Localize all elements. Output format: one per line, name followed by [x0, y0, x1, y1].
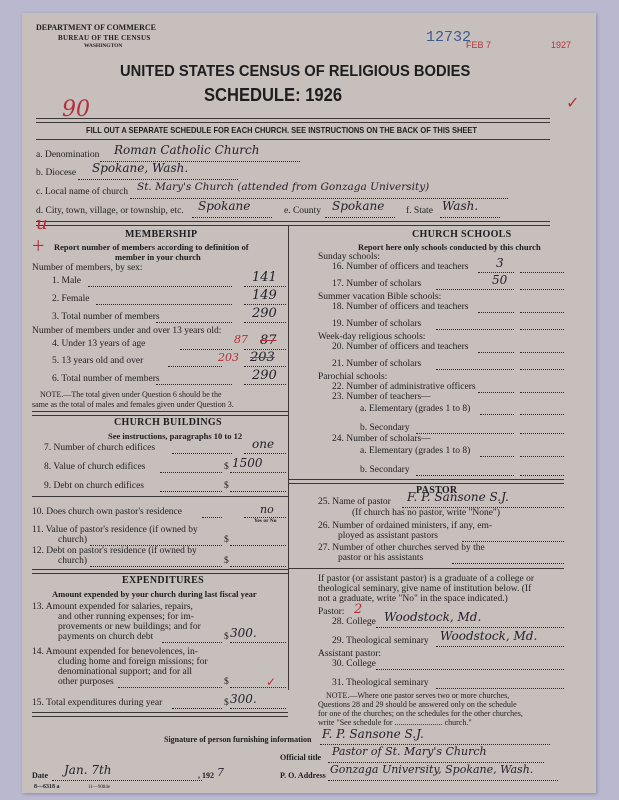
expenditures-divider: [32, 712, 288, 717]
margin-mark-u: u: [36, 213, 48, 234]
graduate-note-1: If pastor (or assistant pastor) is a gra…: [318, 574, 534, 584]
city-value[interactable]: Spokane: [198, 199, 250, 213]
q2-leader: [96, 304, 232, 305]
q26-line[interactable]: [462, 541, 564, 542]
q24-label: 24. Number of scholars—: [332, 434, 431, 444]
column-divider: [288, 225, 289, 690]
q2-label: 2. Female: [52, 294, 89, 304]
q5-correction: 203: [218, 351, 239, 364]
q24b-label: b. Secondary: [360, 465, 410, 475]
q10-leader: [202, 517, 222, 518]
signature-value[interactable]: F. P. Sansone S.J.: [322, 727, 424, 741]
q15-label: 15. Total expenditures during year: [32, 698, 162, 708]
stamp-date: FEB 7: [466, 40, 491, 50]
bureau-label: BUREAU OF THE CENSUS: [58, 34, 151, 42]
date-label: Date: [32, 771, 48, 780]
q3-line: [244, 322, 286, 323]
q1-value[interactable]: 141: [252, 270, 277, 285]
official-title-label: Official title: [280, 753, 321, 762]
q26-label-1: 26. Number of ordained ministers, if any…: [318, 521, 492, 531]
header-divider: [36, 118, 550, 123]
q17-line-2[interactable]: [520, 289, 564, 290]
membership-heading: MEMBERSHIP: [125, 229, 197, 240]
q27-label-1: 27. Number of other churches served by t…: [318, 543, 485, 553]
q9-label: 9. Debt on church edifices: [44, 481, 144, 491]
q24a-line-2[interactable]: [520, 456, 564, 457]
q25-value[interactable]: F. P. Sansone S.J.: [407, 490, 509, 504]
county-value[interactable]: Spokane: [332, 199, 384, 213]
q13-line-1: 13. Amount expended for salaries, repair…: [32, 602, 193, 612]
q14-line-3: denominational support; and for all: [58, 667, 192, 677]
state-value[interactable]: Wash.: [442, 199, 478, 213]
church-schools-heading: CHURCH SCHOOLS: [412, 229, 512, 240]
denomination-value[interactable]: Roman Catholic Church: [114, 143, 259, 157]
church-buildings-heading: CHURCH BUILDINGS: [114, 417, 222, 428]
q8-value[interactable]: 1500: [232, 456, 263, 470]
q4-leader: [180, 349, 232, 350]
pastor-note-1: NOTE.—Where one pastor serves two or mor…: [326, 691, 509, 700]
q14-dollar: $: [224, 677, 229, 687]
q24a-label: a. Elementary (grades 1 to 8): [360, 446, 470, 456]
q10-value[interactable]: no: [260, 503, 274, 516]
q9-leader: [160, 491, 222, 492]
official-title-value[interactable]: Pastor of St. Mary's Church: [332, 745, 487, 758]
q14-line[interactable]: [230, 687, 286, 688]
q6-leader: [156, 384, 232, 385]
q29-label: 29. Theological seminary: [332, 636, 429, 646]
q4-label: 4. Under 13 years of age: [52, 339, 145, 349]
q15-line: [230, 708, 286, 709]
by-age-label: Number of members under and over 13 year…: [32, 326, 221, 336]
graduate-note-3: not a graduate, write "No" in the space …: [318, 594, 508, 604]
q18-line[interactable]: [478, 312, 514, 313]
q4-correction: 87: [234, 333, 248, 346]
q7-line: [244, 453, 286, 454]
q13-line-2: and other running expenses; for im-: [58, 612, 194, 622]
q13-line-4: payments on church debt: [58, 632, 153, 642]
q14-check-mark: ✓: [266, 675, 276, 690]
q11-dollar: $: [224, 535, 229, 545]
county-label: e. County: [284, 206, 321, 216]
city-label: d. City, town, village, or township, etc…: [36, 206, 184, 216]
state-line: [440, 217, 500, 218]
local-name-value[interactable]: St. Mary's Church (attended from Gonzaga…: [137, 181, 429, 193]
q24b-line-2[interactable]: [520, 475, 564, 476]
q1-leader: [88, 286, 232, 287]
q17-label: 17. Number of scholars: [332, 279, 421, 289]
stamp-year: 1927: [551, 40, 571, 50]
signature-label: Signature of person furnishing informati…: [164, 735, 311, 744]
q3-value[interactable]: 290: [252, 306, 277, 321]
q1-label: 1. Male: [52, 276, 81, 286]
q14-line-1: 14. Amount expended for benevolences, in…: [32, 647, 198, 657]
q13-leader: [162, 642, 222, 643]
membership-subtitle-1: Report number of members according to de…: [54, 242, 249, 252]
q22-line[interactable]: [478, 392, 514, 393]
date-line: [52, 780, 202, 781]
q17-line: [436, 289, 514, 290]
membership-note-2: same as the total of males and females g…: [32, 400, 234, 409]
q9-line[interactable]: [230, 491, 286, 492]
q22-label: 22. Number of administrative officers: [332, 382, 476, 392]
q23b-label: b. Secondary: [360, 423, 410, 433]
q18-line-2[interactable]: [520, 312, 564, 313]
q8-leader: [160, 472, 222, 473]
address-line: [328, 780, 558, 781]
address-label: P. O. Address: [280, 771, 326, 780]
q2-value[interactable]: 149: [252, 288, 277, 303]
q6-label: 6. Total number of members: [52, 374, 160, 384]
q23a-line-2[interactable]: [520, 414, 564, 415]
q22-line-2[interactable]: [520, 392, 564, 393]
q15-value[interactable]: 300.: [230, 692, 257, 706]
q21-line-2[interactable]: [520, 369, 564, 370]
address-value[interactable]: Gonzaga University, Spokane, Wash.: [330, 763, 533, 776]
q12-line[interactable]: [230, 566, 286, 567]
q24a-line[interactable]: [480, 456, 514, 457]
q10-label: 10. Does church own pastor's residence: [32, 507, 182, 517]
q8-label: 8. Value of church edifices: [44, 462, 145, 472]
q31-label: 31. Theological seminary: [332, 678, 429, 688]
expenditures-subtitle: Amount expended by your church during la…: [52, 589, 257, 599]
state-label: f. State: [406, 206, 433, 216]
q28-value[interactable]: Woodstock, Md.: [384, 610, 481, 624]
q5-line: [244, 366, 286, 367]
pastor-note-4: write "See schedule for ................…: [318, 718, 472, 727]
q21-label: 21. Number of scholars: [332, 359, 421, 369]
q11-label-2: church): [58, 535, 87, 545]
q28-label: 28. College: [332, 617, 376, 627]
q7-label: 7. Number of church edifices: [44, 443, 155, 453]
parochial-schools-label: Parochial schools:: [318, 372, 387, 382]
washington-label: WASHINGTON: [84, 43, 122, 49]
buildings-divider: [32, 569, 288, 574]
assistant-subheading: Assistant pastor:: [318, 649, 381, 659]
sunday-schools-label: Sunday schools:: [318, 252, 380, 262]
city-line: [192, 217, 272, 218]
buildings-subtitle: See instructions, paragraphs 10 to 12: [108, 431, 242, 441]
pastor-subdivider: [288, 568, 564, 569]
diocese-line: [78, 179, 238, 180]
q12-dollar: $: [224, 556, 229, 566]
summer-schools-label: Summer vacation Bible schools:: [318, 292, 441, 302]
pastor-note-2: Questions 28 and 29 should be answered o…: [318, 700, 517, 709]
local-name-label: c. Local name of church: [36, 187, 128, 197]
q23-label: 23. Number of teachers—: [332, 392, 431, 402]
q19-line-2[interactable]: [520, 329, 564, 330]
q23b-line-2[interactable]: [520, 433, 564, 434]
q20-line-2[interactable]: [520, 352, 564, 353]
q5-leader: [168, 366, 222, 367]
q19-label: 19. Number of scholars: [332, 319, 421, 329]
schools-subtitle: Report here only schools conducted by th…: [358, 242, 541, 252]
identity-divider: [36, 221, 550, 226]
pastor-subheading: Pastor:: [318, 607, 344, 617]
q2-line: [244, 304, 286, 305]
graduate-note-2: theological seminary, give name of insti…: [318, 584, 531, 594]
q21-line[interactable]: [436, 369, 514, 370]
q7-leader: [172, 453, 232, 454]
q5-label: 5. 13 years old and over: [52, 356, 143, 366]
q31-line[interactable]: [436, 688, 564, 689]
membership-note-1: NOTE.—The total given under Question 6 s…: [40, 390, 222, 399]
diocese-label: b. Diocese: [36, 168, 76, 178]
print-code: 11—9084e: [88, 785, 110, 790]
instruction-divider: [36, 139, 550, 140]
q8-line: [230, 472, 286, 473]
q14-line-4: other purposes: [58, 677, 114, 687]
q8-dollar: $: [224, 462, 229, 472]
form-title: UNITED STATES CENSUS OF RELIGIOUS BODIES: [120, 63, 470, 81]
q9-dollar: $: [224, 481, 229, 491]
q12-label-2: church): [58, 556, 87, 566]
q15-leader: [172, 708, 222, 709]
q29-line: [436, 646, 564, 647]
separate-schedule-instruction: FILL OUT A SEPARATE SCHEDULE FOR EACH CH…: [86, 125, 477, 135]
q7-value[interactable]: one: [252, 437, 274, 451]
q27-label-2: pastor or his assistants: [338, 553, 423, 563]
q1-line: [244, 286, 286, 287]
year-prefix: , 192: [198, 771, 214, 780]
q23a-line[interactable]: [480, 414, 514, 415]
q13-line: [230, 642, 286, 643]
q23a-label: a. Elementary (grades 1 to 8): [360, 404, 470, 414]
q24b-line[interactable]: [416, 475, 514, 476]
form-number: 8—6318 a: [34, 784, 60, 790]
denomination-label: a. Denomination: [36, 150, 99, 160]
q3-leader: [156, 322, 232, 323]
pastor-mark: 2: [354, 602, 362, 617]
by-sex-label: Number of members, by sex:: [32, 263, 143, 273]
q20-line[interactable]: [478, 352, 514, 353]
q16-value[interactable]: 3: [496, 256, 504, 270]
q15-dollar: $: [224, 698, 229, 708]
q19-line[interactable]: [436, 329, 514, 330]
q30-label: 30. College: [332, 659, 376, 669]
q13-value[interactable]: 300.: [230, 626, 257, 640]
q30-line[interactable]: [376, 669, 564, 670]
year-digit[interactable]: 7: [217, 766, 224, 779]
date-value[interactable]: Jan. 7th: [64, 763, 112, 777]
q6-line: [244, 384, 286, 385]
membership-subtitle-2: member in your church: [115, 252, 201, 262]
q12-label-1: 12. Debt on pastor's residence (if owned…: [32, 546, 197, 556]
membership-divider: [32, 411, 288, 416]
county-line: [325, 217, 395, 218]
q10-hint: Yes or No: [254, 518, 277, 524]
q5-value[interactable]: 203: [250, 350, 275, 365]
buildings-subdivider: [32, 496, 288, 497]
q20-label: 20. Number of officers and teachers: [332, 342, 468, 352]
q11-label-1: 11. Value of pastor's residence (if owne…: [32, 525, 198, 535]
check-mark: ✓: [566, 93, 579, 113]
q17-value[interactable]: 50: [492, 273, 507, 287]
q16-label: 16. Number of officers and teachers: [332, 262, 468, 272]
q3-label: 3. Total number of members: [52, 312, 160, 322]
census-form-sheet: DEPARTMENT OF COMMERCE BUREAU OF THE CEN…: [22, 13, 596, 793]
margin-mark-plus: +: [32, 233, 44, 259]
diocese-value[interactable]: Spokane, Wash.: [92, 161, 188, 175]
q25-hint: (If church has no pastor, write "None"): [352, 508, 500, 518]
q28-line: [376, 627, 564, 628]
q11-line[interactable]: [230, 545, 286, 546]
q6-value[interactable]: 290: [252, 368, 277, 383]
q26-label-2: ployed as assistant pastors: [338, 531, 438, 541]
q12-leader: [90, 566, 222, 567]
q29-value[interactable]: Woodstock, Md.: [440, 629, 537, 643]
q14-line-2: cluding home and foreign missions; for: [58, 657, 208, 667]
q13-dollar: $: [224, 632, 229, 642]
schools-divider: [288, 479, 564, 484]
department-label: DEPARTMENT OF COMMERCE: [36, 23, 156, 32]
q27-line[interactable]: [452, 563, 564, 564]
q13-line-3: provements or new buildings; and for: [58, 622, 201, 632]
stamp-number: 12732: [426, 29, 471, 46]
weekday-schools-label: Week-day religious schools:: [318, 332, 425, 342]
q25-label: 25. Name of pastor: [318, 497, 391, 507]
pastor-note-3: for one of the churches; on the schedule…: [318, 709, 523, 718]
q4-value[interactable]: 87: [260, 333, 277, 348]
q18-label: 18. Number of officers and teachers: [332, 302, 468, 312]
q16-line-2[interactable]: [520, 272, 564, 273]
expenditures-heading: EXPENDITURES: [122, 575, 204, 586]
schedule-title: SCHEDULE: 1926: [204, 85, 342, 106]
q14-leader: [118, 687, 222, 688]
